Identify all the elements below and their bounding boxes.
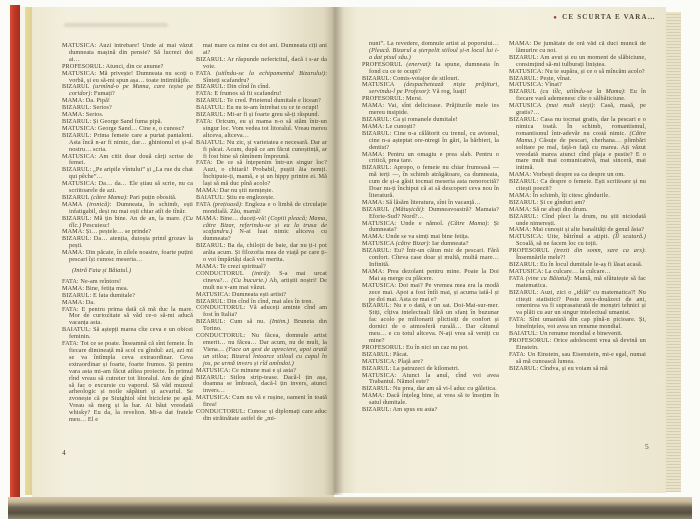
dialog-paragraph: nuni”. La revedere, domnule artist al po… bbox=[362, 41, 499, 62]
dialog-paragraph: BIZARUL: Da… atenția, duioșia prind groz… bbox=[62, 236, 193, 250]
dialog-paragraph: FATA: E pentru prima dată că mă duc la m… bbox=[62, 307, 193, 328]
dialog-paragraph: BAIATUL: Nu zic, și varietatea e necesar… bbox=[196, 140, 327, 161]
dialog-paragraph: FATA: Tot ce se poate. Înseamnă că sînt … bbox=[62, 341, 193, 424]
endpaper-edge bbox=[25, 7, 32, 495]
dialog-paragraph: BIZARUL: Cîndva, și eu voiam să mă bbox=[509, 366, 646, 373]
dialog-paragraph: MATUSICA: Auzi întrebare! Unde ai mai vă… bbox=[62, 43, 193, 64]
dialog-paragraph: MATUSICA: Unde e nămol. (Către Mama): Și… bbox=[362, 221, 499, 235]
show-through-ghost-text bbox=[64, 23, 168, 27]
fore-edge-page-stack bbox=[666, 12, 681, 492]
dialog-paragraph: FATA: Un Einstein, sau Eisenstein, mi-e … bbox=[509, 352, 646, 366]
page-number-left: 4 bbox=[62, 448, 66, 457]
dialog-paragraph: MATUSICA: Da… da… Ele știau să scrie, nu… bbox=[62, 181, 193, 195]
dialog-paragraph: MAMA: Pentru un omagiu e prea slab. Pent… bbox=[362, 152, 499, 166]
dialog-paragraph: BIZARUL: Cînd pleci la drum, nu știi nic… bbox=[509, 214, 646, 228]
dialog-paragraph: BIZARUL: Ca despre o femeie. Ești scriit… bbox=[509, 179, 646, 193]
dialog-paragraph: MAMA: Vai, sînt delicioase. Prăjiturile … bbox=[362, 103, 499, 117]
dialog-paragraph: FATA (prețioasă): Engleza e o limbă de c… bbox=[196, 202, 327, 216]
dialog-paragraph: MATUSICA (mai mult sieși): Casă, masă, p… bbox=[509, 103, 646, 117]
page-number-right: 5 bbox=[645, 442, 649, 451]
book-spine-red-cover bbox=[10, 5, 20, 497]
dialog-paragraph: BIZARUL (cu tîlc, uitîndu-se la Mama): E… bbox=[509, 89, 646, 103]
text-column-left-1: MATUSICA: Auzi întrebare! Unde ai mai vă… bbox=[62, 43, 193, 443]
dialog-paragraph: PROFESORUL: Orice adolescent vrea să dev… bbox=[509, 338, 646, 352]
dialog-paragraph: MATUSICA (despachetează niște prăjituri,… bbox=[362, 82, 499, 96]
dialog-paragraph: MATUSICA: Cum nu vă e rușine, oameni în … bbox=[196, 395, 327, 409]
dialog-paragraph: MAMA: Bine… duceți-vă! (Copiii pleacă; M… bbox=[196, 216, 327, 244]
dialog-paragraph: BIZARUL: Mă țin bine. An de an, la mare.… bbox=[62, 216, 193, 230]
dialog-paragraph: BIZARUL: Stilou strip-tease. Dacă-l țin … bbox=[196, 375, 327, 396]
running-head: ●CE SCURTA E VARA… bbox=[536, 13, 656, 21]
dialog-paragraph: FATA (uitîndu-se la echipamentul Bizarul… bbox=[196, 71, 327, 85]
dialog-paragraph: MATUSICA: Uite, bătrînul a ațipit. (Îl s… bbox=[509, 234, 646, 248]
dialog-paragraph: MAMA: Prea dezolant pentru mine. Poate l… bbox=[362, 269, 499, 283]
dialog-paragraph: MATUSICA: Mă privește! Dumneata nu scoți… bbox=[62, 71, 193, 85]
dialog-paragraph: mai mare ca mine cu doi ani. Dumneata cî… bbox=[196, 43, 327, 57]
gutter-shadow bbox=[324, 7, 344, 495]
dialog-paragraph: BIZARUL: Apropo, o femeie nu chiar frumo… bbox=[362, 165, 499, 200]
dialog-paragraph: PROFESORUL (enervat): Ia spune, dumneata… bbox=[362, 62, 499, 76]
dialog-paragraph: BIZARUL: Auzi, zici o „idilă” cu matemat… bbox=[509, 290, 646, 318]
dialog-paragraph: BIZARUL: Cine n-a călătorit cu trenul, c… bbox=[362, 131, 499, 152]
dialog-paragraph: BIZARUL: Eu? Într-un cătun mic de pescar… bbox=[362, 248, 499, 269]
dialog-paragraph: BIZARUL: Prima femeie care a purtat pant… bbox=[62, 133, 193, 154]
text-column-right-1: nuni”. La revedere, domnule artist al po… bbox=[362, 41, 499, 446]
dialog-paragraph: FATA: Oricum, eu și mama n-o să stăm înt… bbox=[196, 119, 327, 140]
dialog-paragraph: MATUSICA: Am citit doar două cărți scris… bbox=[62, 154, 193, 168]
dialog-paragraph: BIZARUL: Ar răspunde nefericitul, dacă i… bbox=[196, 57, 327, 71]
stage-direction: (Intră Fata și Băiatul.) bbox=[62, 268, 193, 275]
dialog-paragraph: CONDUCTORUL: Vă aduceți aminte cînd am f… bbox=[196, 305, 327, 319]
text-column-right-2: MAMA: De jumătate de oră văd că duci mun… bbox=[509, 41, 646, 446]
dialog-paragraph: BIZARUL: Ba da, chiloții de baie, dar nu… bbox=[196, 243, 327, 264]
dialog-paragraph: BIZARUL: Casa nu tocmai gratis, dar la p… bbox=[509, 117, 646, 172]
dialog-paragraph: FATA (vine cu Băiatul): Mamă, mă sfătuie… bbox=[509, 276, 646, 290]
dialog-paragraph: MATUSICA: Doi mai? Pe vremea mea era la … bbox=[362, 283, 499, 304]
dialog-paragraph: BIZARUL: Am spus eu asta? bbox=[362, 407, 499, 414]
dialog-paragraph: MATUSICA: Atunci la anul, cînd voi avea … bbox=[362, 373, 499, 387]
dialog-paragraph: FATA: Sînt umanistă din cap pînă-n picio… bbox=[509, 317, 646, 331]
dialog-paragraph: CONDUCTORUL: Cunosc și diplomați care ad… bbox=[196, 409, 327, 423]
dialog-paragraph: BIZARUL: „Pe aripile vîntului” și „La ru… bbox=[62, 167, 193, 181]
dialog-paragraph: MAMA: De jumătate de oră văd că duci mun… bbox=[509, 41, 646, 55]
dialog-paragraph: BIZARUL: Nu e o dată, e un sat. Doi-Mai-… bbox=[362, 303, 499, 344]
dialog-paragraph: PROFESORUL (trezit din somn, sare ca ars… bbox=[509, 248, 646, 262]
dialog-paragraph: BIZARUL (urmînd-o pe Mama, care ieșise p… bbox=[62, 84, 193, 98]
dialog-paragraph: BIZARUL: Cum să nu. (Intim.) Bruneta din… bbox=[196, 319, 327, 333]
dialog-paragraph: BIZARUL: Am avut și eu un moment de slăb… bbox=[509, 55, 646, 69]
dialog-paragraph: BAIATUL: Să aștepți marea cîte ceva e un… bbox=[62, 327, 193, 341]
dialog-paragraph: CONDUCTORUL (intră): S-a mai urcat cinev… bbox=[196, 271, 327, 292]
dialog-paragraph: MAMA (ironică): Dumneata, în schimb, eșt… bbox=[62, 202, 193, 216]
dialog-paragraph: MAMA: Din păcate, în zilele noastre, foa… bbox=[62, 250, 193, 264]
book-bottom-cover-edge bbox=[8, 497, 692, 519]
section-bullet-icon: ● bbox=[553, 15, 558, 21]
dialog-paragraph: CONDUCTORUL: Nu făcea, domnule artist em… bbox=[196, 333, 327, 368]
dialog-paragraph: BIZARUL (Mătușicăi): Dumneavoastră? Mama… bbox=[362, 207, 499, 221]
dialog-paragraph: FATA: De ce să înțepenim într-un singur … bbox=[196, 160, 327, 188]
running-head-title: CE SCURTA E VARA… bbox=[562, 13, 656, 21]
dialog-paragraph: MAMA: Dacă înțeleg bine, ai vrea să te î… bbox=[362, 393, 499, 407]
text-column-left-2: mai mare ca mine cu doi ani. Dumneata cî… bbox=[196, 43, 327, 443]
